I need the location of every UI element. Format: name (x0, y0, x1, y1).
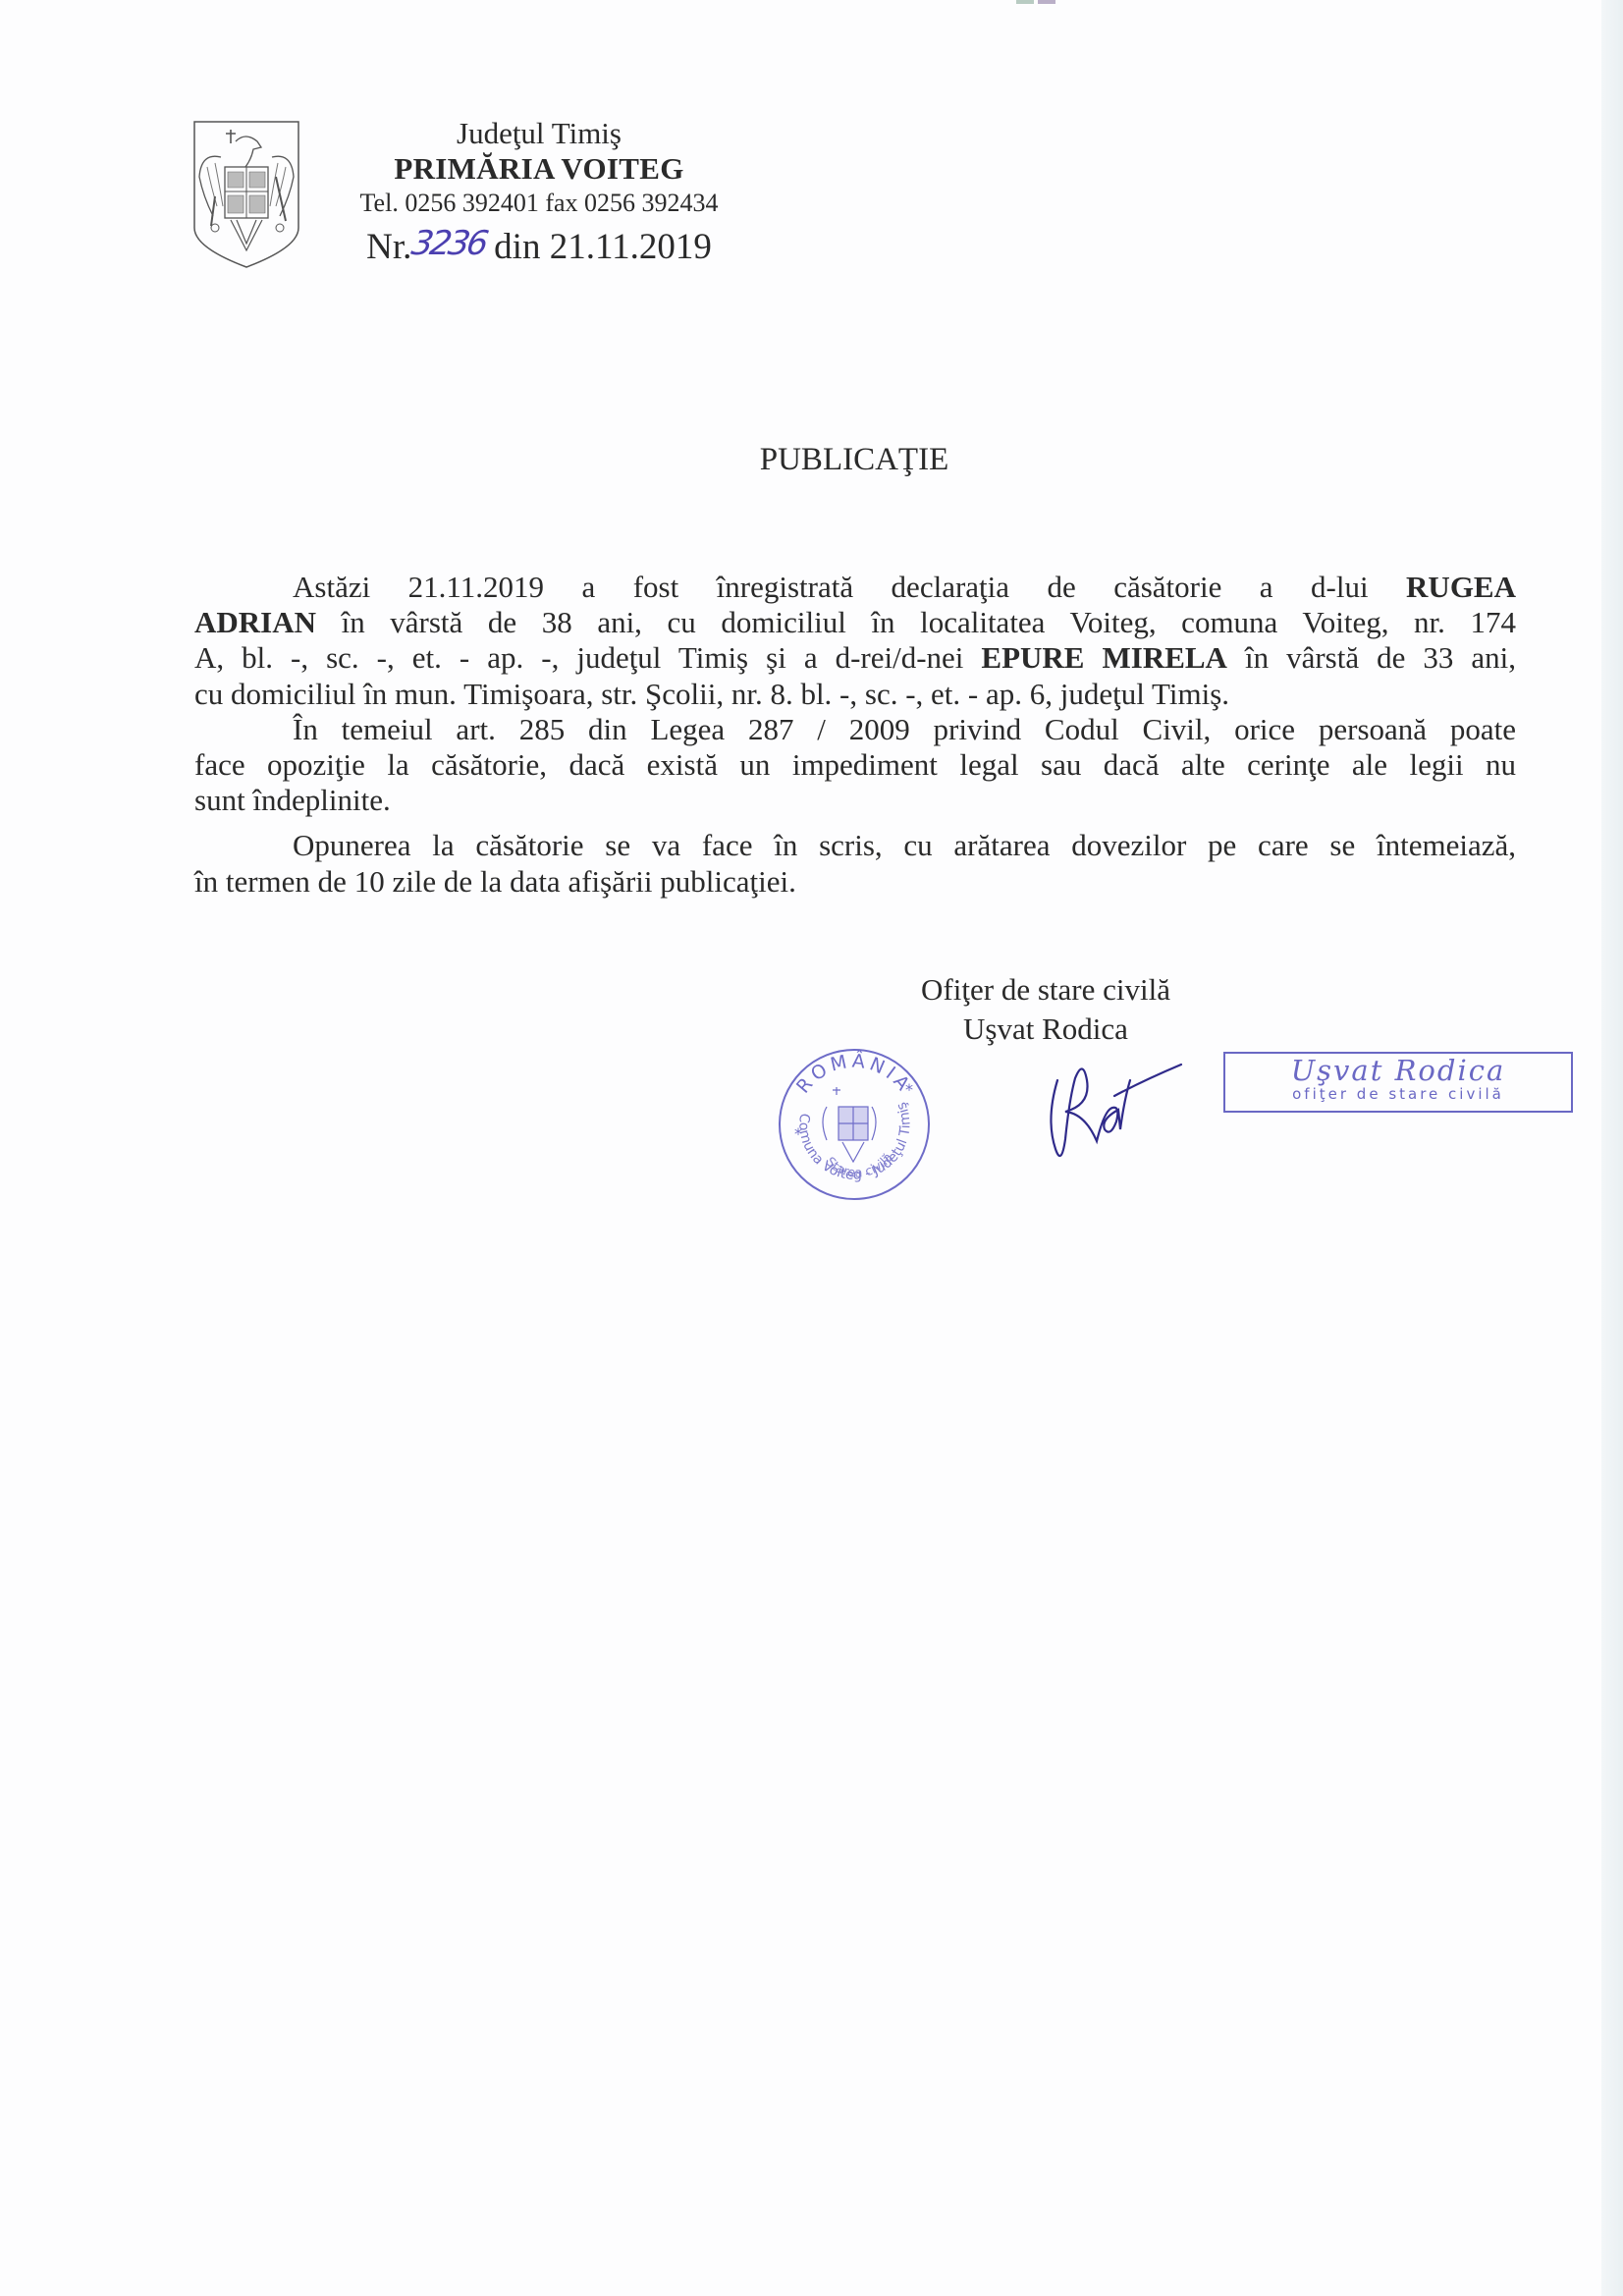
paragraph-legal-basis: În temeiul art. 285 din Legea 287 / 2009… (194, 712, 1516, 819)
round-seal-icon: ROMÂNIA Comuna Voiteg - Judeţul Timiş St… (776, 1046, 933, 1203)
text: A, bl. -, sc. -, et. - ap. -, judeţul Ti… (194, 640, 981, 675)
scan-artifact (1016, 0, 1055, 4)
document-title: PUBLICAŢIE (0, 442, 1623, 478)
coat-of-arms-icon (191, 118, 301, 269)
name-stamp: Uşvat Rodica ofiţer de stare civilă (1223, 1052, 1573, 1113)
paragraph-opposition: Opunerea la căsătorie se va face în scri… (194, 828, 1516, 899)
handwritten-signature-icon (1036, 1051, 1183, 1178)
svg-text:*: * (905, 1080, 913, 1099)
body-line: în termen de 10 zile de la data afişării… (194, 864, 1516, 900)
groom-given-name: ADRIAN (194, 605, 316, 639)
header-office: PRIMĂRIA VOITEG (344, 151, 734, 187)
paragraph-declaration: Astăzi 21.11.2019 a fost înregistrată de… (194, 570, 1516, 712)
number-prefix: Nr. (366, 227, 411, 267)
header-contact: Tel. 0256 392401 fax 0256 392434 (344, 189, 734, 218)
body-line: Astăzi 21.11.2019 a fost înregistrată de… (194, 570, 1516, 605)
document-body: Astăzi 21.11.2019 a fost înregistrată de… (194, 570, 1516, 900)
text: Astăzi 21.11.2019 a fost înregistrată de… (293, 570, 1406, 604)
stamp-role: ofiţer de stare civilă (1225, 1085, 1571, 1103)
text: în vârstă de 33 ani, (1227, 640, 1516, 675)
body-line: A, bl. -, sc. -, et. - ap. -, judeţul Ti… (194, 640, 1516, 676)
groom-surname: RUGEA (1406, 570, 1516, 604)
svg-text:ROMÂNIA: ROMÂNIA (792, 1050, 916, 1098)
body-line: face opoziţie la căsătorie, dacă există … (194, 747, 1516, 783)
body-line: sunt îndeplinite. (194, 783, 1516, 818)
body-line: În temeiul art. 285 din Legea 287 / 2009… (194, 712, 1516, 747)
signatory-name: Uşvat Rodica (884, 1011, 1208, 1047)
number-date: din 21.11.2019 (485, 227, 712, 267)
registration-number: Nr.3236 din 21.11.2019 (344, 226, 734, 268)
bride-name: EPURE MIRELA (981, 640, 1227, 675)
stamp-name: Uşvat Rodica (1225, 1056, 1571, 1085)
signatory-role: Ofiţer de stare civilă (884, 972, 1208, 1008)
svg-text:*: * (794, 1124, 802, 1143)
body-line: ADRIAN în vârstă de 38 ani, cu domiciliu… (194, 605, 1516, 640)
text: în vârstă de 38 ani, cu domiciliul în lo… (316, 605, 1516, 639)
body-line: cu domiciliul în mun. Timişoara, str. Şc… (194, 677, 1516, 712)
handwritten-number: 3236 (409, 224, 490, 263)
body-line: Opunerea la căsătorie se va face în scri… (194, 828, 1516, 863)
header-county: Judeţul Timiş (344, 116, 734, 151)
scan-edge-strip (1601, 0, 1623, 2296)
